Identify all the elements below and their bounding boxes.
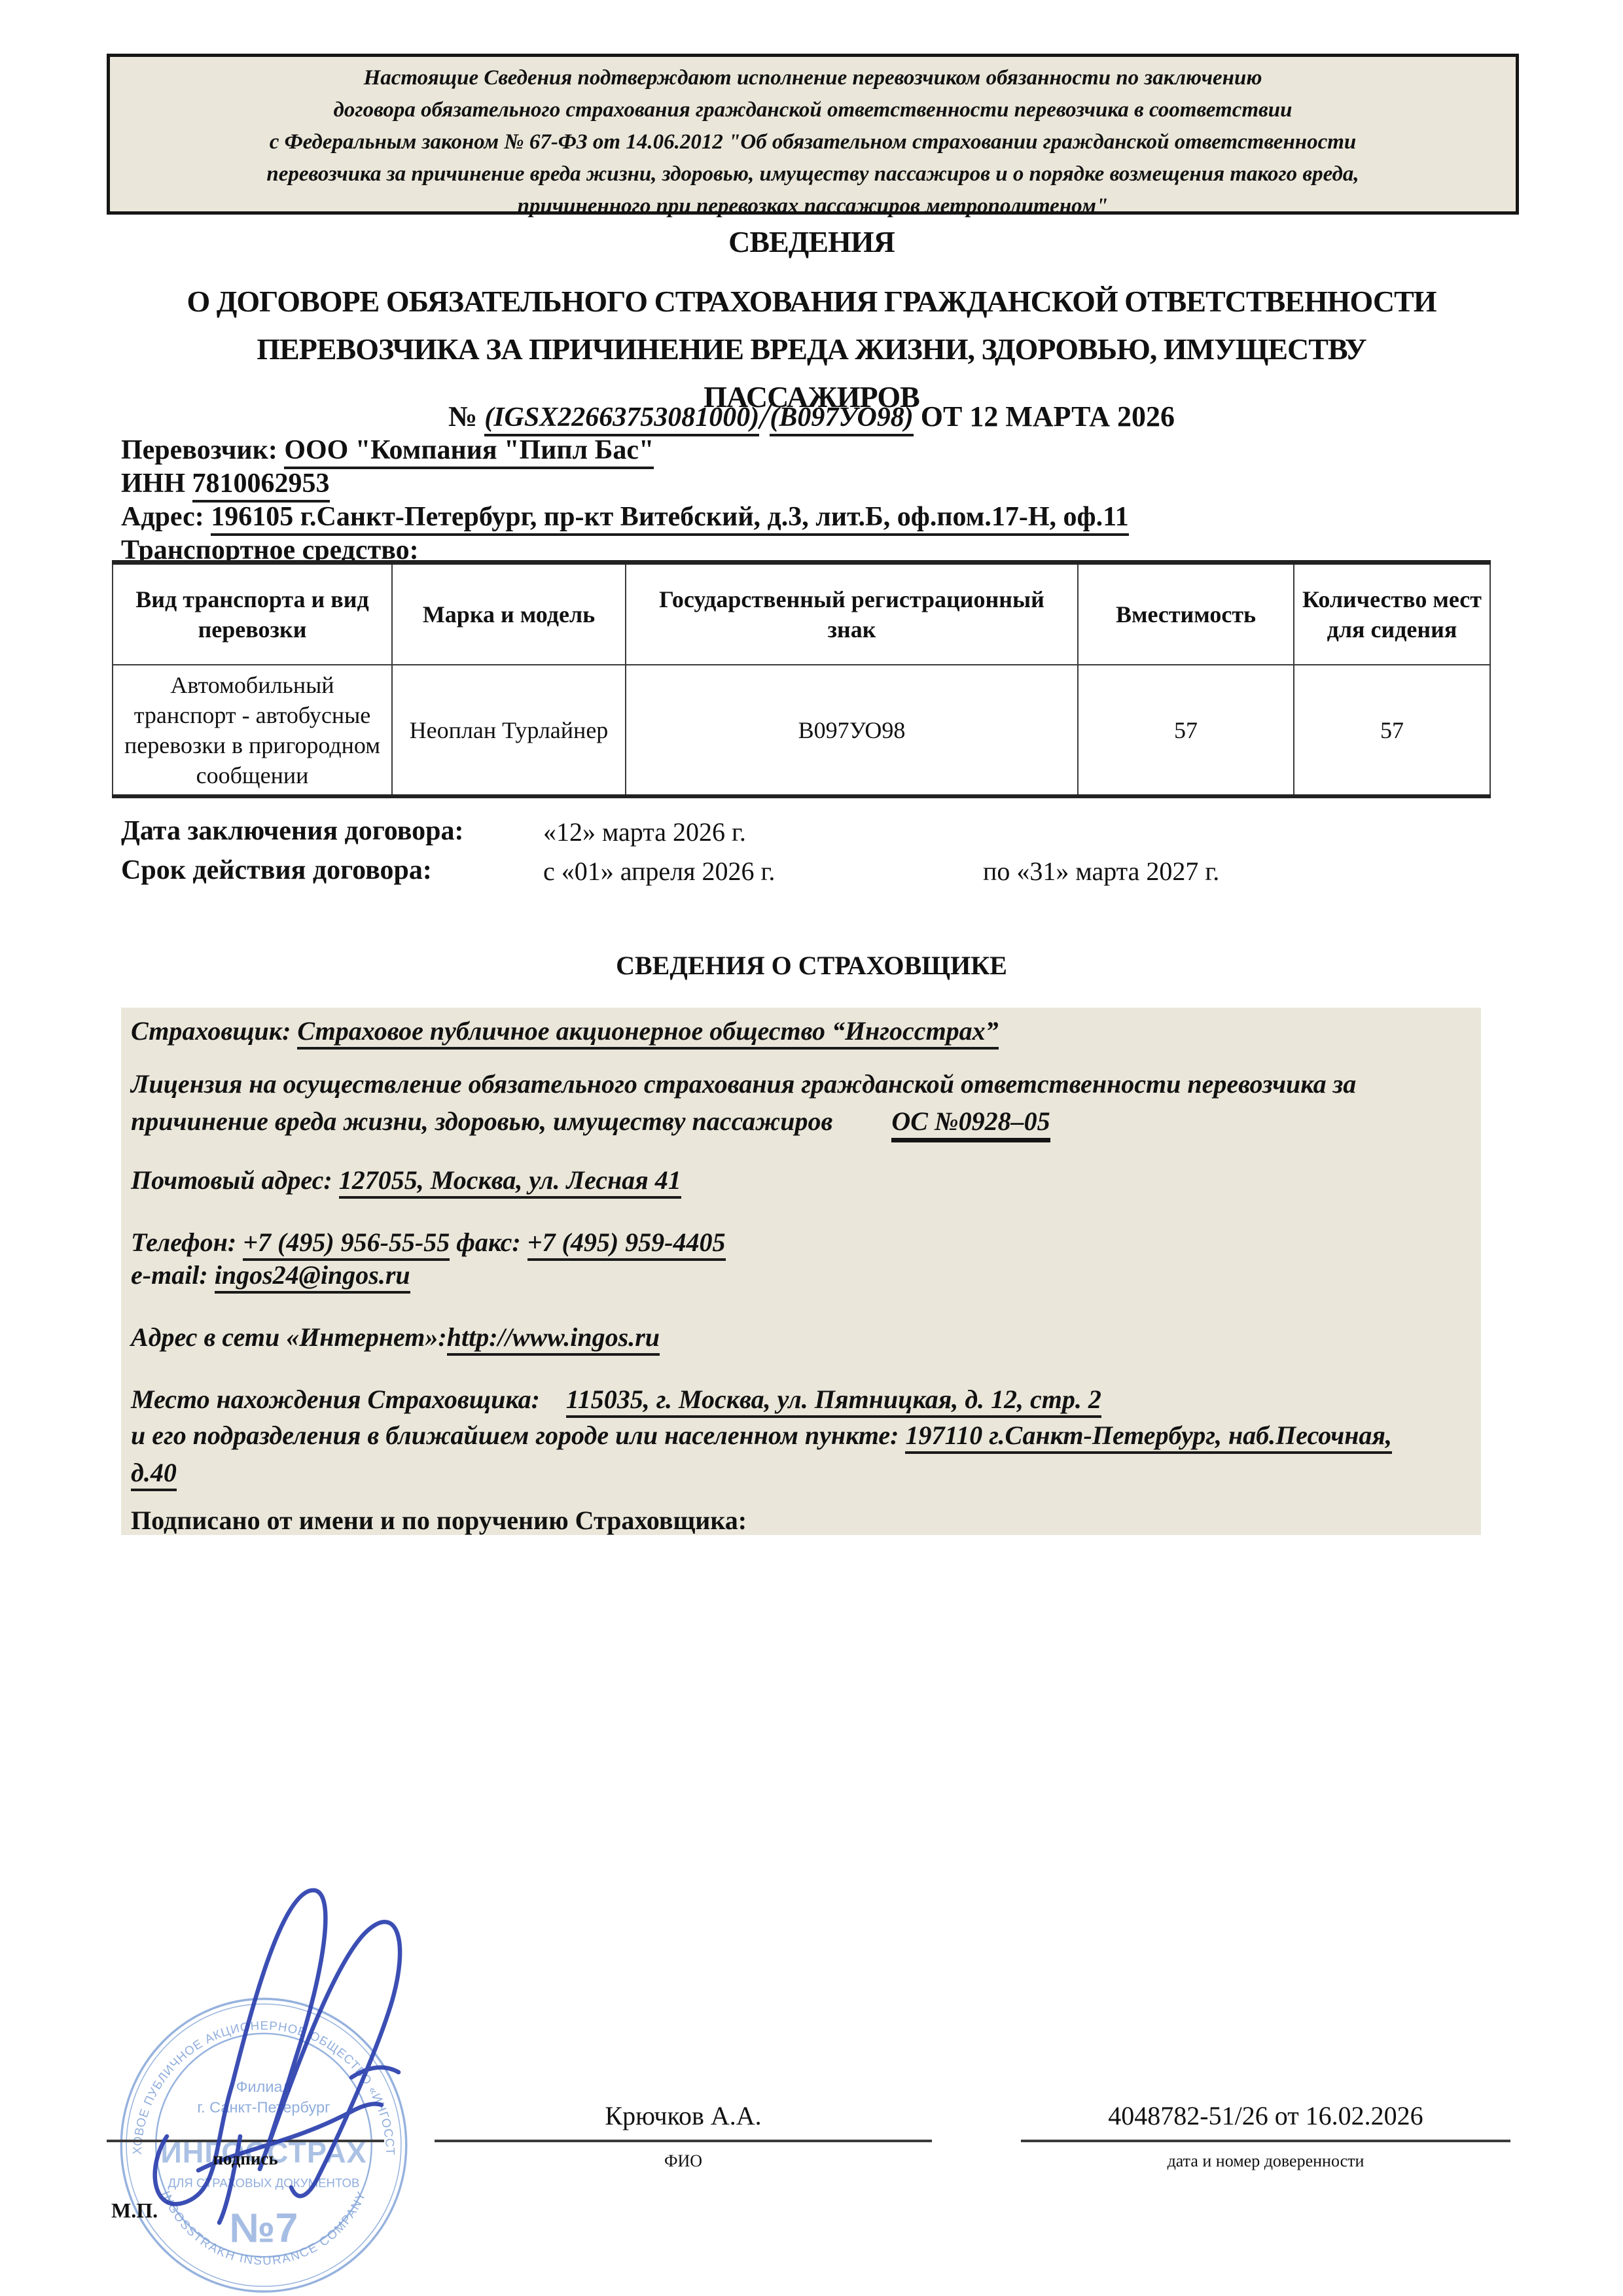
legal-notice-box: Настоящие Сведения подтверждают исполнен… bbox=[107, 54, 1519, 215]
inn-label: ИНН bbox=[121, 468, 192, 499]
email-row: e-mail: ingos24@ingos.ru bbox=[131, 1260, 410, 1290]
cell-capacity: 57 bbox=[1078, 665, 1294, 796]
cell-make-model: Неоплан Турлайнер bbox=[392, 665, 626, 796]
page-title: СВЕДЕНИЯ bbox=[0, 224, 1623, 259]
email-label: e-mail: bbox=[131, 1260, 215, 1290]
license-paragraph: Лицензия на осуществление обязательного … bbox=[131, 1065, 1453, 1140]
signer-name: Крючков А.А. bbox=[435, 2100, 932, 2131]
document-page: Настоящие Сведения подтверждают исполнен… bbox=[0, 0, 1623, 2296]
col-header-seats: Количество мест для сидения bbox=[1294, 563, 1490, 665]
contract-date: ОТ 12 МАРТА 2026 bbox=[914, 400, 1175, 433]
subtitle-line: О ДОГОВОРЕ ОБЯЗАТЕЛЬНОГО СТРАХОВАНИЯ ГРА… bbox=[0, 277, 1623, 325]
address-label: Адрес: bbox=[121, 502, 211, 532]
insurer-section-heading: СВЕДЕНИЯ О СТРАХОВЩИКЕ bbox=[0, 950, 1623, 981]
signature-caption: подпись bbox=[107, 2149, 384, 2169]
poa-caption: дата и номер доверенности bbox=[1021, 2151, 1510, 2171]
location-label: Место нахождения Страховщика: bbox=[131, 1385, 540, 1414]
col-header-transport-type: Вид транспорта и вид перевозки bbox=[113, 563, 392, 665]
subtitle-line: ПЕРЕВОЗЧИКА ЗА ПРИЧИНЕНИЕ ВРЕДА ЖИЗНИ, З… bbox=[0, 325, 1623, 373]
table-row: Автомобильный транспорт - автобусные пер… bbox=[113, 665, 1490, 796]
carrier-row: Перевозчик: ООО "Компания "Пипл Бас" bbox=[121, 434, 654, 466]
policy-number: (IGSX22663753081000) bbox=[484, 402, 759, 436]
postal-address-row: Почтовый адрес: 127055, Москва, ул. Лесн… bbox=[131, 1165, 681, 1195]
address-value: 196105 г.Санкт-Петербург, пр-кт Витебски… bbox=[211, 502, 1129, 536]
table-header-row: Вид транспорта и вид перевозки Марка и м… bbox=[113, 563, 1490, 665]
conclusion-date-label: Дата заключения договора: bbox=[121, 815, 464, 847]
col-header-capacity: Вместимость bbox=[1078, 563, 1294, 665]
branch-paragraph: и его подразделения в ближайшем городе и… bbox=[131, 1417, 1453, 1491]
number-sign: № bbox=[448, 400, 484, 433]
website-label: Адрес в сети «Интернет»: bbox=[131, 1322, 447, 1352]
term-from-value: с «01» апреля 2026 г. bbox=[543, 856, 775, 887]
signed-by-label: Подписано от имени и по поручению Страхо… bbox=[131, 1505, 747, 1536]
branch-value-line2: д.40 bbox=[131, 1458, 177, 1491]
term-label: Срок действия договора: bbox=[121, 855, 432, 886]
signature-stroke bbox=[351, 2068, 399, 2077]
inn-row: ИНН 7810062953 bbox=[121, 468, 330, 499]
branch-label: и его подразделения в ближайшем городе и… bbox=[131, 1421, 905, 1450]
license-text: Лицензия на осуществление обязательного … bbox=[131, 1069, 1356, 1136]
notice-line: перевозчика за причинение вреда жизни, з… bbox=[110, 158, 1516, 190]
inn-value: 7810062953 bbox=[192, 468, 330, 503]
carrier-name: ООО "Компания "Пипл Бас" bbox=[284, 435, 654, 469]
notice-line: причиненного при перевозках пассажиров м… bbox=[110, 190, 1516, 222]
cell-transport-type: Автомобильный транспорт - автобусные пер… bbox=[113, 665, 392, 796]
fio-line bbox=[435, 2140, 932, 2142]
branch-value-line1: 197110 г.Санкт-Петербург, наб.Песочная, bbox=[905, 1421, 1392, 1454]
phone-label: Телефон: bbox=[131, 1227, 243, 1257]
website-row: Адрес в сети «Интернет»:http://www.ingos… bbox=[131, 1322, 660, 1352]
phone-value: +7 (495) 956-55-55 bbox=[243, 1227, 450, 1261]
conclusion-date-value: «12» марта 2026 г. bbox=[543, 817, 746, 847]
carrier-label: Перевозчик: bbox=[121, 435, 284, 465]
power-of-attorney-value: 4048782-51/26 от 16.02.2026 bbox=[1021, 2100, 1510, 2131]
insurer-name: Страховое публичное акционерное общество… bbox=[297, 1016, 998, 1050]
col-header-reg-plate: Государственный регистрационный знак bbox=[626, 563, 1078, 665]
cell-reg-plate: В097УО98 bbox=[626, 665, 1078, 796]
postal-label: Почтовый адрес: bbox=[131, 1165, 339, 1195]
insurer-label: Страховщик: bbox=[131, 1016, 297, 1046]
notice-line: с Федеральным законом № 67-ФЗ от 14.06.2… bbox=[110, 126, 1516, 158]
col-header-make-model: Марка и модель bbox=[392, 563, 626, 665]
term-to-value: по «31» марта 2027 г. bbox=[983, 856, 1219, 887]
vehicle-plate-number: (В097УО98) bbox=[770, 402, 913, 436]
location-row: Место нахождения Страховщика:115035, г. … bbox=[131, 1384, 1101, 1415]
address-row: Адрес: 196105 г.Санкт-Петербург, пр-кт В… bbox=[121, 501, 1129, 533]
notice-line: Настоящие Сведения подтверждают исполнен… bbox=[110, 62, 1516, 94]
fax-value: +7 (495) 959-4405 bbox=[527, 1227, 726, 1261]
email-value: ingos24@ingos.ru bbox=[215, 1260, 410, 1294]
insurer-row: Страховщик: Страховое публичное акционер… bbox=[131, 1016, 999, 1046]
vehicle-table: Вид транспорта и вид перевозки Марка и м… bbox=[112, 560, 1491, 798]
phone-fax-row: Телефон: +7 (495) 956-55-55 факс: +7 (49… bbox=[131, 1227, 726, 1258]
location-value: 115035, г. Москва, ул. Пятницкая, д. 12,… bbox=[566, 1385, 1101, 1418]
postal-value: 127055, Москва, ул. Лесная 41 bbox=[339, 1165, 681, 1199]
fio-caption: ФИО bbox=[435, 2151, 932, 2171]
insurer-info-block: Страховщик: Страховое публичное акционер… bbox=[121, 1008, 1481, 1535]
contract-number-line: № (IGSX22663753081000)/(В097УО98) ОТ 12 … bbox=[0, 391, 1623, 435]
stamp-place-label: М.П. bbox=[111, 2199, 158, 2223]
fax-label: факс: bbox=[450, 1227, 527, 1257]
poa-line bbox=[1021, 2140, 1510, 2142]
slash-separator: / bbox=[759, 395, 770, 437]
notice-line: договора обязательного страхования гражд… bbox=[110, 94, 1516, 126]
handwritten-signature bbox=[121, 1862, 435, 2234]
website-value: http://www.ingos.ru bbox=[447, 1322, 660, 1356]
license-number: ОС №0928–05 bbox=[891, 1106, 1050, 1142]
cell-seats: 57 bbox=[1294, 665, 1490, 796]
